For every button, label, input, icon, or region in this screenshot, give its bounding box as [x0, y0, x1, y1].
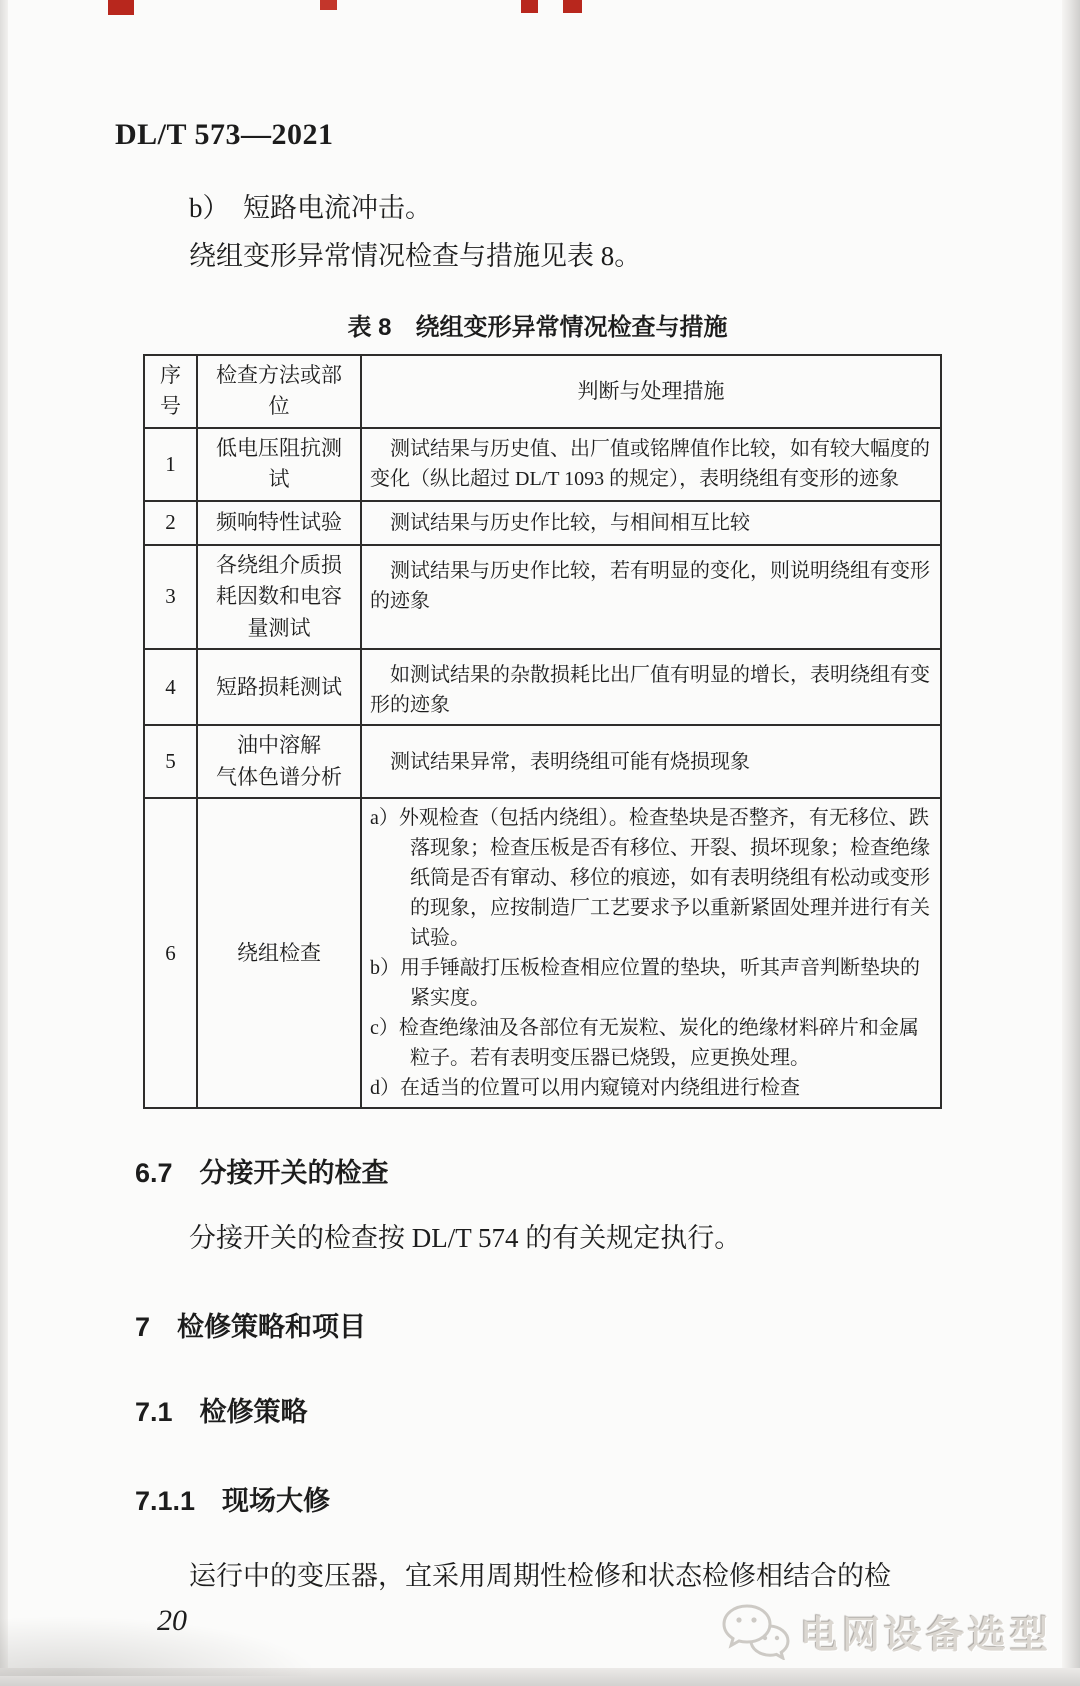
red-stamp-fragment — [108, 0, 134, 15]
section-heading-7-1: 7.1 检修策略 — [135, 1390, 940, 1429]
table-row: 3 各绕组介质损 耗因数和电容 量测试 测试结果与历史作比较，若有明显的变化，则… — [144, 545, 941, 650]
row-method: 低电压阻抗测试 — [197, 428, 361, 501]
row-no: 6 — [144, 798, 197, 1108]
row-measure: 测试结果与历史作比较，若有明显的变化，则说明绕组有变形的迹象 — [370, 556, 932, 616]
row-method: 油中溶解 气体色谱分析 — [197, 725, 361, 798]
measure-item-b: b）用手锤敲打压板检查相应位置的垫块，听其声音判断垫块的紧实度。 — [370, 953, 932, 1013]
table-8-title: 表 8 绕组变形异常情况检查与措施 — [135, 307, 940, 342]
measure-item-a: a）外观检查（包括内绕组）。检查垫块是否整齐，有无移位、跌落现象；检查压板是否有… — [370, 803, 932, 953]
section-heading-7: 7 检修策略和项目 — [135, 1305, 940, 1344]
page-curl-shadow — [0, 1616, 320, 1676]
table-row: 6 绕组检查 a）外观检查（包括内绕组）。检查垫块是否整齐，有无移位、跌落现象；… — [144, 798, 941, 1108]
section-heading-7-1-1: 7.1.1 现场大修 — [135, 1479, 940, 1518]
table-8: 序号 检查方法或部位 判断与处理措施 1 低电压阻抗测试 测试结果与历史值、出厂… — [143, 354, 942, 1110]
row-no: 4 — [144, 649, 197, 725]
red-stamp-fragment — [320, 0, 337, 10]
table-row: 4 短路损耗测试 如测试结果的杂散损耗比出厂值有明显的增长，表明绕组有变形的迹象 — [144, 649, 941, 725]
measure-item-c: c）检查绝缘油及各部位有无炭粒、炭化的绝缘材料碎片和金属粒子。若有表明变压器已烧… — [370, 1013, 932, 1073]
table-row: 5 油中溶解 气体色谱分析 测试结果异常，表明绕组可能有烧损现象 — [144, 725, 941, 798]
page-content: DL/T 573—2021 b） 短路电流冲击。 绕组变形异常情况检查与措施见表… — [0, 0, 1080, 1638]
column-header-no: 序号 — [144, 355, 197, 428]
standard-number: DL/T 573—2021 — [115, 118, 940, 152]
wechat-icon — [720, 1602, 792, 1660]
table-row: 2 频响特性试验 测试结果与历史作比较，与相间相互比较 — [144, 501, 941, 545]
row-measure: 测试结果与历史值、出厂值或铭牌值作比较，如有较大幅度的变化（纵比超过 DL/T … — [370, 434, 932, 494]
scan-edge-left — [0, 0, 8, 1686]
red-stamp-fragment — [521, 0, 538, 13]
column-header-measure: 判断与处理措施 — [361, 355, 941, 428]
row-no: 1 — [144, 428, 197, 501]
document-page: DL/T 573—2021 b） 短路电流冲击。 绕组变形异常情况检查与措施见表… — [0, 0, 1080, 1686]
row-no: 5 — [144, 725, 197, 798]
row-method: 各绕组介质损 耗因数和电容 量测试 — [197, 545, 361, 650]
section-heading-6-7: 6.7 分接开关的检查 — [135, 1151, 940, 1190]
red-stamp-fragment — [563, 0, 582, 13]
row-no: 3 — [144, 545, 197, 650]
row-no: 2 — [144, 501, 197, 545]
table-row: 1 低电压阻抗测试 测试结果与历史值、出厂值或铭牌值作比较，如有较大幅度的变化（… — [144, 428, 941, 501]
column-header-method: 检查方法或部位 — [197, 355, 361, 428]
section-body-7-1-1: 运行中的变压器，宜采用周期性检修和状态检修相结合的检 — [135, 1558, 940, 1594]
watermark: 电网设备选型 — [720, 1602, 1052, 1660]
row-method: 绕组检查 — [197, 798, 361, 1108]
list-item-b: b） 短路电流冲击。 — [135, 190, 940, 226]
row-measure: 如测试结果的杂散损耗比出厂值有明显的增长，表明绕组有变形的迹象 — [370, 660, 932, 720]
watermark-label: 电网设备选型 — [800, 1604, 1052, 1659]
measure-item-d: d）在适当的位置可以用内窥镜对内绕组进行检查 — [370, 1073, 932, 1103]
row-method: 频响特性试验 — [197, 501, 361, 545]
table-header-row: 序号 检查方法或部位 判断与处理措施 — [144, 355, 941, 428]
section-body-6-7: 分接开关的检查按 DL/T 574 的有关规定执行。 — [135, 1220, 940, 1256]
row-measure: 测试结果与历史作比较，与相间相互比较 — [370, 508, 932, 538]
row-method: 短路损耗测试 — [197, 649, 361, 725]
scan-edge-right — [1062, 0, 1080, 1686]
row-measure: 测试结果异常，表明绕组可能有烧损现象 — [370, 747, 932, 777]
table-lead-sentence: 绕组变形异常情况检查与措施见表 8。 — [135, 238, 940, 274]
